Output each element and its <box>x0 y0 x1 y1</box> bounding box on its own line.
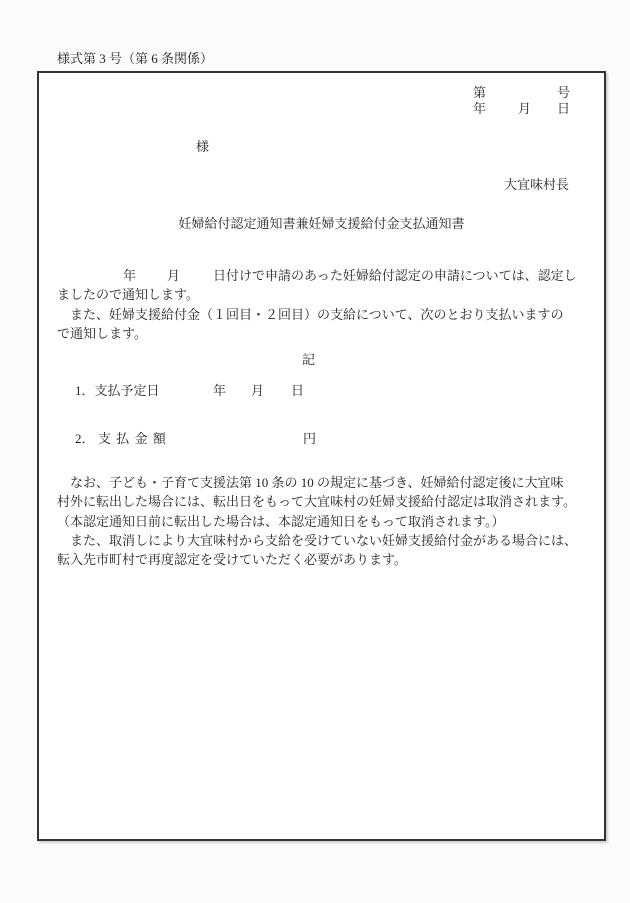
intro-fill-month-label: 月 <box>167 268 180 284</box>
item-2-label: 支払金額 <box>98 431 171 447</box>
sender-name: 大宜味村長 <box>504 177 569 193</box>
intro-line-4: で通知します。 <box>57 326 147 342</box>
item-1-label: 1．支払予定日 <box>75 383 160 399</box>
record-heading: 記 <box>302 352 315 368</box>
item-2-number: 2． <box>75 431 95 447</box>
notes-line-5: 転入先市町村で再度認定を受けていただく必要があります。 <box>57 552 407 568</box>
document-page: 様式第 3 号（第 6 条関係） 第 号 年 月 日 様 大宜味村長 妊婦給付認… <box>0 0 630 903</box>
intro-line-3: また、妊婦支援給付金（１回目・２回目）の支給について、次のとおり支払いますの <box>57 307 563 323</box>
item-1-year-label: 年 <box>213 383 226 399</box>
date-month-label: 月 <box>518 101 531 117</box>
date-year-label: 年 <box>473 101 486 117</box>
notice-document: 第 号 年 月 日 様 大宜味村長 妊婦給付認定通知書兼妊婦支援給付金支払通知書… <box>37 71 606 841</box>
item-2-unit-label: 円 <box>303 431 316 447</box>
intro-fill-year-label: 年 <box>123 268 136 284</box>
intro-line-2: ましたので通知します。 <box>57 287 199 303</box>
notes-line-3: （本認定通知日前に転出した場合は、本認定通知日をもって取消されます。） <box>57 514 504 530</box>
doc-number-suffix-label: 号 <box>557 85 570 101</box>
intro-line-1-text: 日付けで申請のあった妊婦給付認定の申請については、認定し <box>213 268 577 284</box>
addressee-honorific: 様 <box>196 139 209 155</box>
notes-line-2: 村外に転出した場合には、転出日をもって大宜味村の妊婦支援給付認定は取消されます。 <box>57 494 576 510</box>
document-title: 妊婦給付認定通知書兼妊婦支援給付金支払通知書 <box>39 216 604 232</box>
form-number-label: 様式第 3 号（第 6 条関係） <box>57 51 213 67</box>
item-1-month-label: 月 <box>251 383 264 399</box>
item-1-day-label: 日 <box>291 383 304 399</box>
notes-line-1: なお、子ども・子育て支援法第 10 条の 10 の規定に基づき、妊婦給付認定後に… <box>57 475 563 491</box>
doc-number-prefix-label: 第 <box>473 85 486 101</box>
notes-line-4: また、取消しにより大宜味村から支給を受けていない妊婦支援給付金がある場合には、 <box>57 533 577 549</box>
date-day-label: 日 <box>557 101 570 117</box>
